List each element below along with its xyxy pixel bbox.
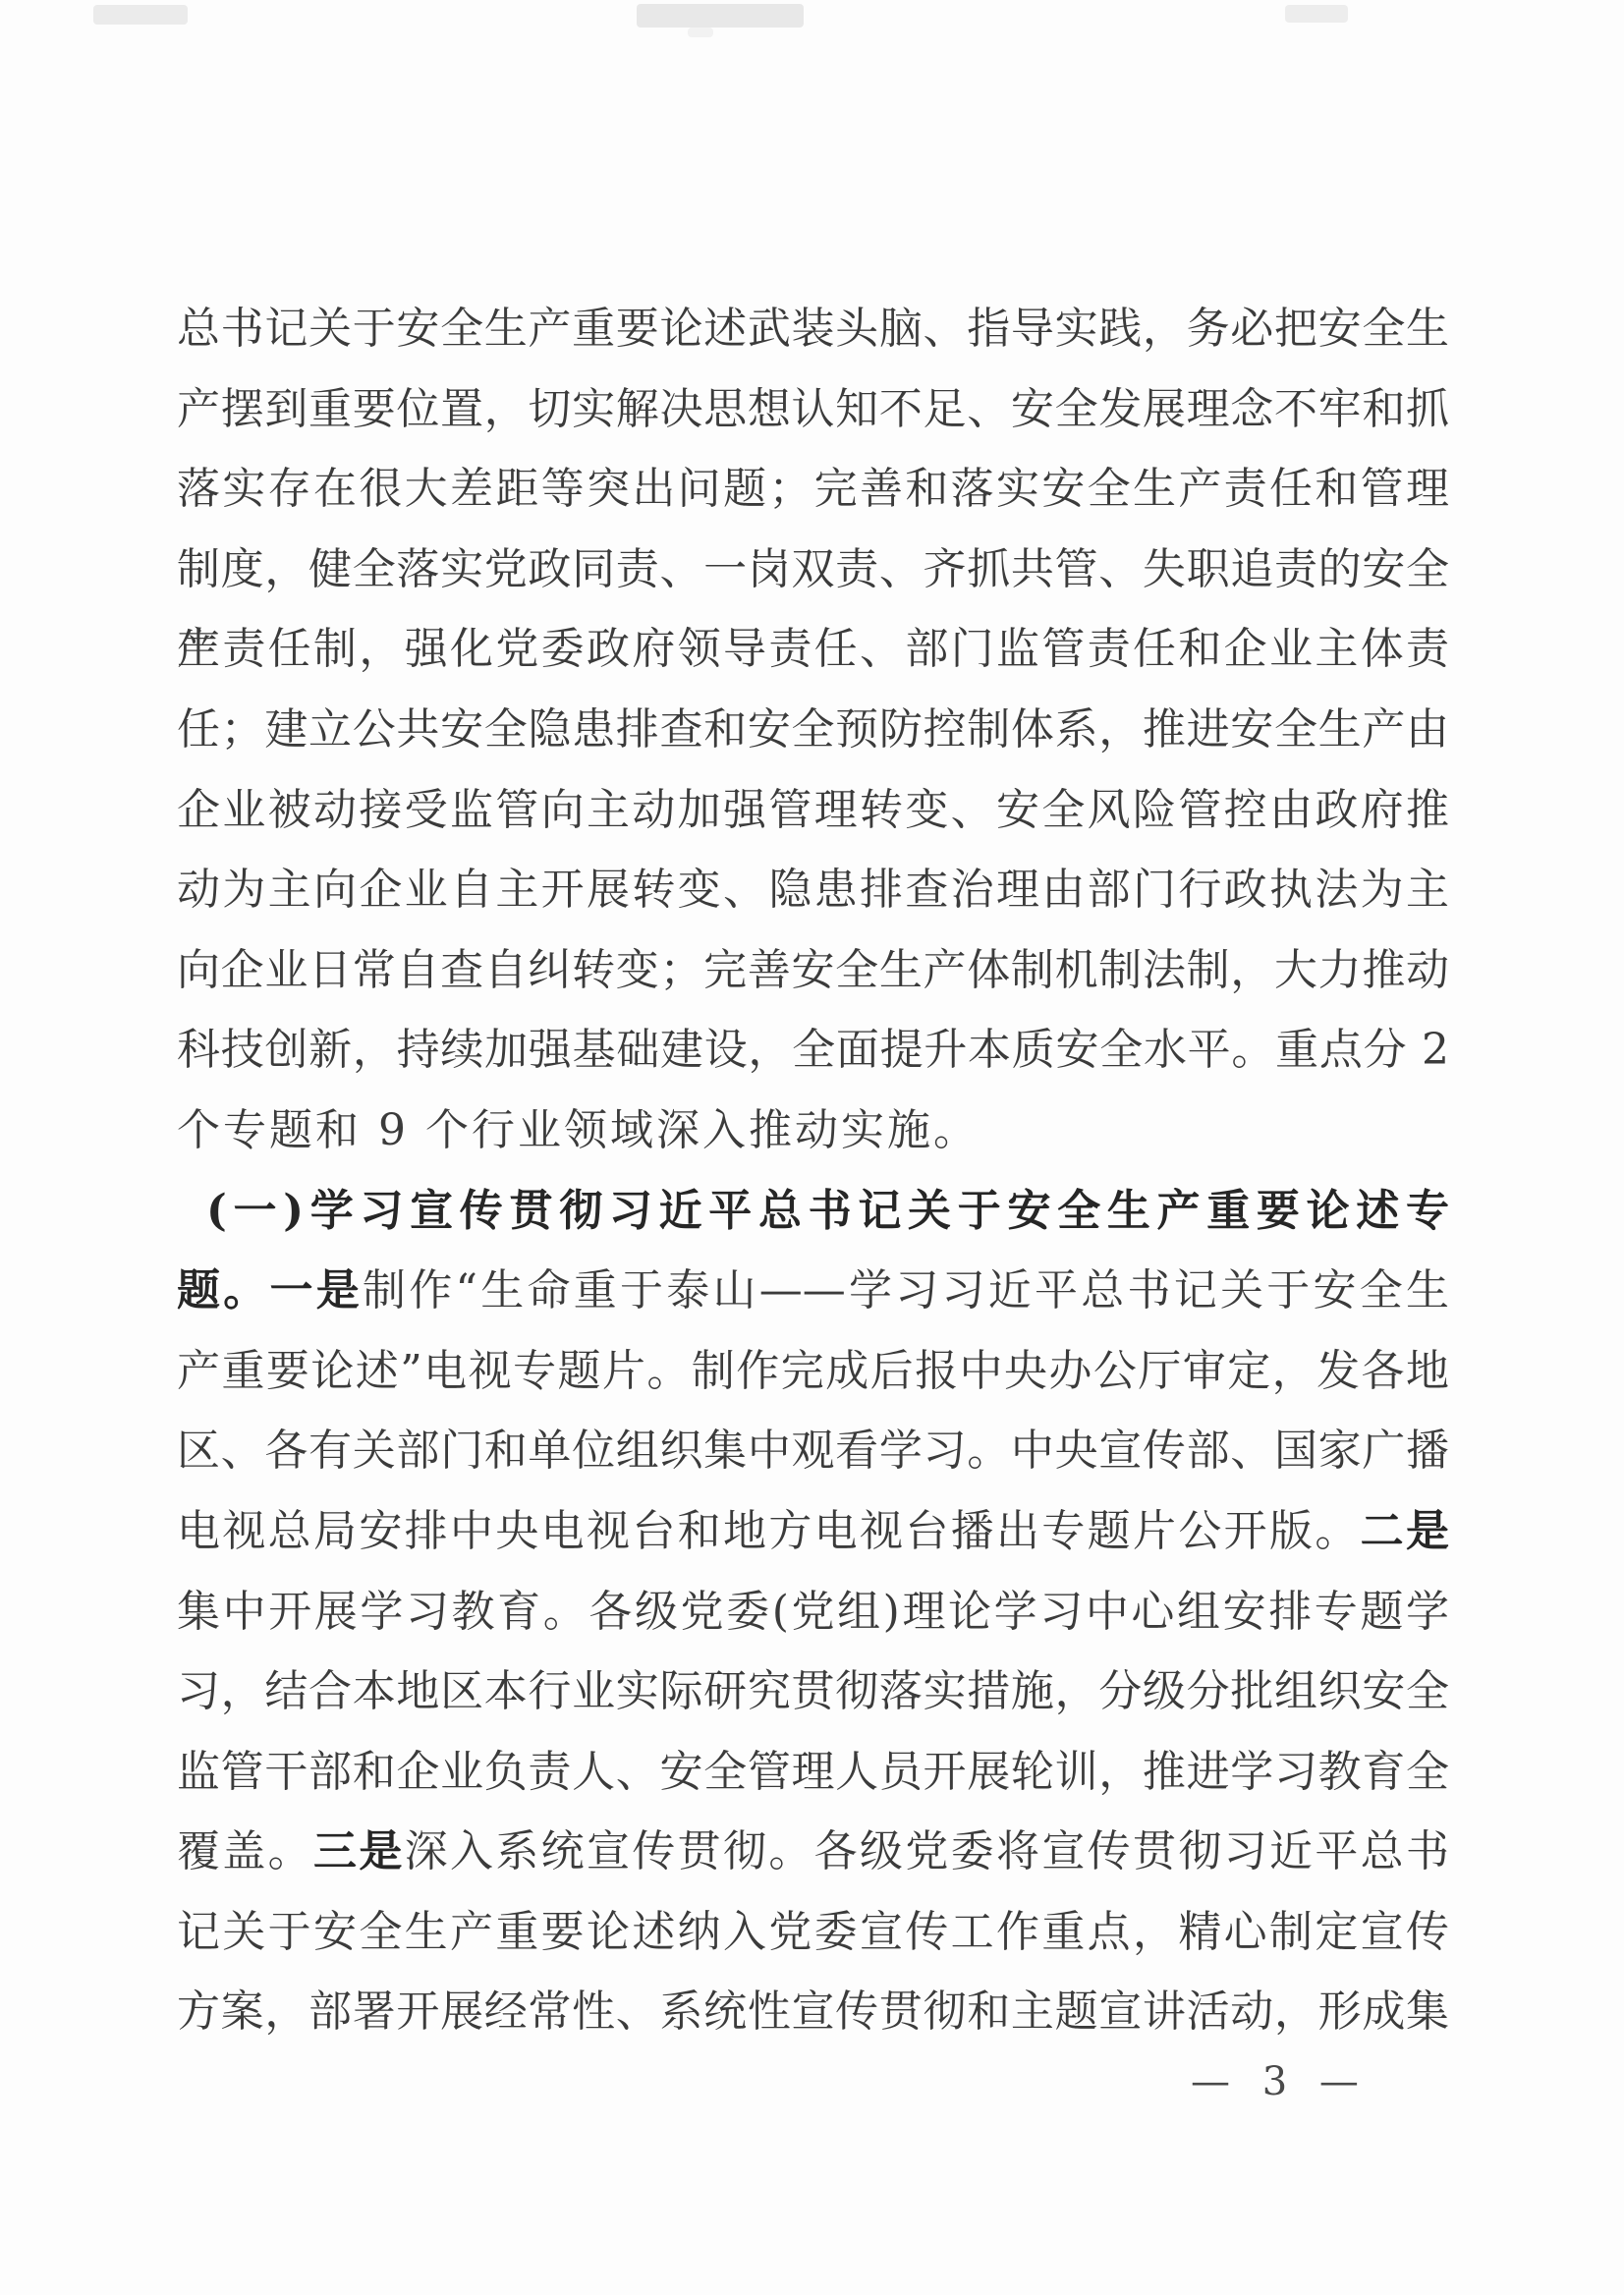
text-run: 深入系统宣传贯彻。各级党委将宣传贯彻习近平总书 [405, 1826, 1449, 1876]
scanned-document-page: 总书记关于安全生产重要论述武装头脑、指导实践，务必把安全生产摆到重要位置，切实解… [0, 0, 1624, 2295]
text-line: 科技创新，持续加强基础建设，全面提升本质安全水平。重点分 2 [177, 1010, 1449, 1091]
scan-artifact [688, 28, 713, 37]
text-run: 动为主向企业自主开展转变、隐患排查治理由部门行政执法为主 [177, 865, 1449, 915]
text-line: 电视总局安排中央电视台和地方电视台播出专题片公开版。二是 [177, 1491, 1449, 1572]
text-run: 集中开展学习教育。各级党委(党组)理论学习中心组安排专题学 [177, 1587, 1449, 1637]
bold-run: 二是 [1361, 1506, 1449, 1556]
text-run: 产摆到重要位置，切实解决思想认知不足、安全发展理念不牢和抓 [177, 384, 1449, 434]
text-run: 科技创新，持续加强基础建设，全面提升本质安全水平。重点分 2 [177, 1025, 1449, 1075]
text-line: 产重要论述”电视专题片。制作完成后报中央办公厅审定，发各地 [177, 1331, 1449, 1412]
text-line: (一)学习宣传贯彻习近平总书记关于安全生产重要论述专 [177, 1171, 1449, 1252]
bold-run: (一)学习宣传贯彻习近平总书记关于安全生产重要论述专 [206, 1186, 1449, 1236]
text-run: 落实存在很大差距等突出问题；完善和落实安全生产责任和管理 [177, 464, 1449, 514]
document-body: 总书记关于安全生产重要论述武装头脑、指导实践，务必把安全生产摆到重要位置，切实解… [177, 289, 1449, 2052]
scan-artifact [93, 5, 188, 25]
bold-run: 一是 [270, 1265, 364, 1315]
text-line: 覆盖。三是深入系统宣传贯彻。各级党委将宣传贯彻习近平总书 [177, 1812, 1449, 1892]
text-run: 产责任制，强化党委政府领导责任、部门监管责任和企业主体责 [177, 624, 1449, 674]
text-line: 任；建立公共安全隐患排查和安全预防控制体系，推进安全生产由 [177, 690, 1449, 770]
text-line: 产责任制，强化党委政府领导责任、部门监管责任和企业主体责 [177, 609, 1449, 690]
text-run: 监管干部和企业负责人、安全管理人员开展轮训，推进学习教育全 [177, 1747, 1449, 1797]
text-run: 覆盖。 [177, 1826, 313, 1876]
text-line: 区、各有关部门和单位组织集中观看学习。中央宣传部、国家广播 [177, 1411, 1449, 1491]
text-run: 个专题和 9 个行业领域深入推动实施。 [177, 1105, 980, 1155]
text-run: 总书记关于安全生产重要论述武装头脑、指导实践，务必把安全生 [177, 304, 1449, 354]
text-run: 产重要论述”电视专题片。制作完成后报中央办公厅审定，发各地 [177, 1346, 1449, 1396]
text-run: 制作“生命重于泰山——学习习近平总书记关于安全生 [363, 1265, 1449, 1315]
text-line: 习，结合本地区本行业实际研究贯彻落实措施，分级分批组织安全 [177, 1651, 1449, 1732]
text-run: 企业被动接受监管向主动加强管理转变、安全风险管控由政府推 [177, 785, 1449, 835]
text-line: 方案，部署开展经常性、系统性宣传贯彻和主题宣讲活动，形成集 [177, 1972, 1449, 2052]
text-run: 任；建立公共安全隐患排查和安全预防控制体系，推进安全生产由 [177, 704, 1449, 755]
text-run: 区、各有关部门和单位组织集中观看学习。中央宣传部、国家广播 [177, 1426, 1449, 1476]
bold-run: 三是 [313, 1826, 405, 1876]
text-line: 向企业日常自查自纠转变；完善安全生产体制机制法制，大力推动 [177, 930, 1449, 1011]
text-line: 制度，健全落实党政同责、一岗双责、齐抓共管、失职追责的安全生 [177, 530, 1449, 610]
text-line: 个专题和 9 个行业领域深入推动实施。 [177, 1091, 1449, 1171]
text-run: 记关于安全生产重要论述纳入党委宣传工作重点，精心制定宣传 [177, 1907, 1449, 1957]
text-line: 企业被动接受监管向主动加强管理转变、安全风险管控由政府推 [177, 770, 1449, 851]
text-line: 产摆到重要位置，切实解决思想认知不足、安全发展理念不牢和抓 [177, 369, 1449, 450]
text-run: 习，结合本地区本行业实际研究贯彻落实措施，分级分批组织安全 [177, 1666, 1449, 1716]
scan-artifact [1285, 5, 1348, 23]
text-line: 记关于安全生产重要论述纳入党委宣传工作重点，精心制定宣传 [177, 1892, 1449, 1973]
text-line: 落实存在很大差距等突出问题；完善和落实安全生产责任和管理 [177, 449, 1449, 530]
page-number: — 3 — [1191, 2059, 1369, 2104]
bold-run: 题。 [177, 1265, 270, 1315]
scan-artifact [637, 4, 804, 28]
text-run: 向企业日常自查自纠转变；完善安全生产体制机制法制，大力推动 [177, 945, 1449, 995]
text-line: 总书记关于安全生产重要论述武装头脑、指导实践，务必把安全生 [177, 289, 1449, 369]
text-line: 监管干部和企业负责人、安全管理人员开展轮训，推进学习教育全 [177, 1732, 1449, 1813]
text-line: 题。一是制作“生命重于泰山——学习习近平总书记关于安全生 [177, 1251, 1449, 1331]
text-run: 方案，部署开展经常性、系统性宣传贯彻和主题宣讲活动，形成集 [177, 1987, 1449, 2037]
text-line: 动为主向企业自主开展转变、隐患排查治理由部门行政执法为主 [177, 850, 1449, 930]
text-line: 集中开展学习教育。各级党委(党组)理论学习中心组安排专题学 [177, 1572, 1449, 1652]
text-run: 电视总局安排中央电视台和地方电视台播出专题片公开版。 [177, 1506, 1361, 1556]
